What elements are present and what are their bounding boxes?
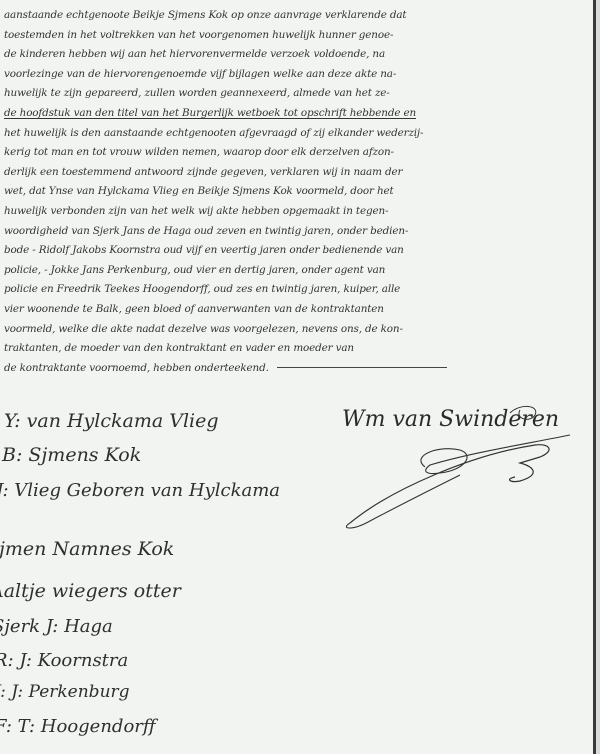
text-line: wet, dat Ynse van Hylckama Vlieg en Beik… xyxy=(4,182,584,202)
text-line: aanstaande echtgenoote Beikje Sjmens Kok… xyxy=(4,6,584,26)
text-line: huwelijk te zijn gepareerd, zullen worde… xyxy=(4,84,584,104)
text-line: voormeld, welke die akte nadat dezelve w… xyxy=(4,320,584,340)
text-line: policie, - Jokke Jans Perkenburg, oud vi… xyxy=(4,261,584,281)
signature-groom-mother: J: Vlieg Geboren van Hylckama xyxy=(0,480,280,501)
text-line: kerig tot man en tot vrouw wilden nemen,… xyxy=(4,143,584,163)
text-line: voorlezinge van de hiervorengenoemde vij… xyxy=(4,65,584,85)
text-line: de hoofdstuk van den titel van het Burge… xyxy=(4,104,584,124)
scan-margin xyxy=(596,0,600,754)
text-line: traktanten, de moeder van den kontraktan… xyxy=(4,339,584,359)
text-line: woordigheid van Sjerk Jans de Haga oud z… xyxy=(4,222,584,242)
text-line: de kinderen hebben wij aan het hiervoren… xyxy=(4,45,584,65)
signature-witness-1: Sjerk J: Haga xyxy=(0,616,113,637)
paraph-flourish-icon xyxy=(330,395,590,545)
text-line: vier woonende te Balk, geen bloed of aan… xyxy=(4,300,584,320)
text-line: toestemden in het voltrekken van het voo… xyxy=(4,26,584,46)
act-body-text: aanstaande echtgenoote Beikje Sjmens Kok… xyxy=(4,6,584,378)
text-line: de kontraktante voornoemd, hebben ondert… xyxy=(4,359,584,379)
signature-witness-4: F: T: Hoogendorff xyxy=(0,716,156,737)
text-line: het huwelijk is den aanstaande echtgenoo… xyxy=(4,124,584,144)
text-line: derlijk een toestemmend antwoord zijnde … xyxy=(4,163,584,183)
registrar-signature-block: Wm van Swinderen xyxy=(330,395,590,545)
signature-witness-3: J: J: Perkenburg xyxy=(0,682,130,702)
signature-groom: Y: van Hylckama Vlieg xyxy=(4,410,219,432)
signature-bride: B: Sjmens Kok xyxy=(2,444,141,466)
text-line: bode - Ridolf Jakobs Koornstra oud vijf … xyxy=(4,241,584,261)
signature-witness-2: R: J: Koornstra xyxy=(0,650,128,671)
closing-text: de kontraktante voornoemd, hebben ondert… xyxy=(4,362,269,374)
text-line: policie en Freedrik Teekes Hoogendorff, … xyxy=(4,280,584,300)
closing-rule xyxy=(277,367,447,368)
signature-bride-mother: Aaltje wiegers otter xyxy=(0,580,181,602)
text-line: huwelijk verbonden zijn van het welk wij… xyxy=(4,202,584,222)
signature-bride-father: Sjmen Namnes Kok xyxy=(0,538,174,560)
